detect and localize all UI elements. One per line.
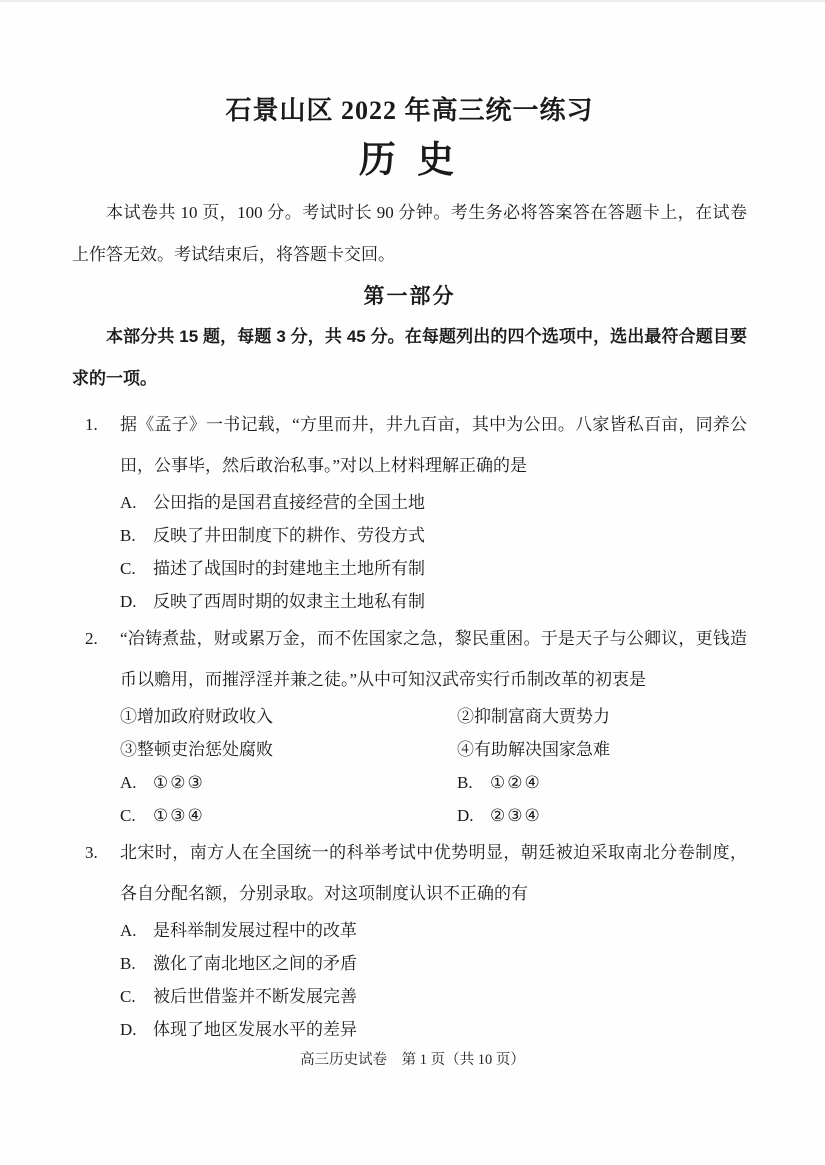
exam-instructions: 本试卷共 10 页，100 分。考试时长 90 分钟。考生务必将答案答在答题卡上…	[72, 192, 747, 276]
question-2-option-a: A.①②③	[120, 766, 457, 799]
option-text: 公田指的是国君直接经营的全国土地	[153, 493, 425, 512]
question-2-number: 2.	[85, 618, 120, 832]
question-list: 1. 据《孟子》一书记载，“方里而井，井九百亩，其中为公田。八家皆私百亩，同养公…	[72, 404, 747, 1046]
question-1-option-a: A.公田指的是国君直接经营的全国土地	[120, 486, 747, 519]
section-instructions: 本部分共 15 题，每题 3 分，共 45 分。在每题列出的四个选项中，选出最符…	[72, 316, 747, 400]
question-1-option-c: C.描述了战国时的封建地主土地所有制	[120, 552, 747, 585]
question-2-subitem-3: ③整顿吏治惩处腐败	[120, 733, 457, 766]
question-3-option-d: D.体现了地区发展水平的差异	[120, 1013, 747, 1046]
option-label: B.	[120, 947, 153, 980]
option-label: A.	[120, 766, 153, 799]
question-3: 3. 北宋时，南方人在全国统一的科举考试中优势明显，朝廷被迫采取南北分卷制度，各…	[72, 832, 747, 1046]
question-3-options: A.是科举制发展过程中的改革 B.激化了南北地区之间的矛盾 C.被后世借鉴并不断…	[120, 914, 747, 1046]
option-text: ①②③	[153, 773, 205, 792]
section-heading: 第一部分	[72, 282, 747, 312]
doc-title: 石景山区 2022 年高三统一练习	[72, 2, 747, 128]
option-text: 被后世借鉴并不断发展完善	[153, 987, 357, 1006]
option-label: A.	[120, 914, 153, 947]
question-1-option-b: B.反映了井田制度下的耕作、劳役方式	[120, 519, 747, 552]
option-label: D.	[120, 585, 153, 618]
question-2-subitem-1: ①增加政府财政收入	[120, 700, 457, 733]
question-1-number: 1.	[85, 404, 120, 618]
question-1-option-d: D.反映了西周时期的奴隶主土地私有制	[120, 585, 747, 618]
doc-subject: 历 史	[72, 138, 747, 184]
option-text: 反映了西周时期的奴隶主土地私有制	[153, 592, 425, 611]
question-1-stem: 据《孟子》一书记载，“方里而井，井九百亩，其中为公田。八家皆私百亩，同养公田，公…	[120, 404, 747, 486]
option-label: B.	[457, 766, 490, 799]
page-footer: 高三历史试卷 第 1 页（共 10 页）	[0, 1048, 825, 1069]
option-text: 是科举制发展过程中的改革	[153, 921, 357, 940]
question-1-options: A.公田指的是国君直接经营的全国土地 B.反映了井田制度下的耕作、劳役方式 C.…	[120, 486, 747, 618]
question-2-stem: “冶铸煮盐，财或累万金，而不佐国家之急，黎民重困。于是天子与公卿议，更钱造币以赡…	[120, 618, 747, 700]
option-text: 描述了战国时的封建地主土地所有制	[153, 559, 425, 578]
question-3-number: 3.	[85, 832, 120, 1046]
option-text: ①③④	[153, 806, 205, 825]
question-3-option-b: B.激化了南北地区之间的矛盾	[120, 947, 747, 980]
question-3-option-a: A.是科举制发展过程中的改革	[120, 914, 747, 947]
question-2-subitem-2: ②抑制富商大贾势力	[457, 700, 747, 733]
option-text: ①②④	[490, 773, 542, 792]
option-label: D.	[457, 799, 490, 832]
option-label: D.	[120, 1013, 153, 1046]
option-label: C.	[120, 552, 153, 585]
option-text: 反映了井田制度下的耕作、劳役方式	[153, 526, 425, 545]
option-text: 激化了南北地区之间的矛盾	[153, 954, 357, 973]
question-1: 1. 据《孟子》一书记载，“方里而井，井九百亩，其中为公田。八家皆私百亩，同养公…	[72, 404, 747, 618]
option-text: ②③④	[490, 806, 542, 825]
question-2: 2. “冶铸煮盐，财或累万金，而不佐国家之急，黎民重困。于是天子与公卿议，更钱造…	[72, 618, 747, 832]
option-text: 体现了地区发展水平的差异	[153, 1020, 357, 1039]
question-2-option-b: B.①②④	[457, 766, 747, 799]
option-label: C.	[120, 980, 153, 1013]
question-2-options: A.①②③ B.①②④ C.①③④ D.②③④	[120, 766, 747, 832]
exam-page: 石景山区 2022 年高三统一练习 历 史 本试卷共 10 页，100 分。考试…	[0, 0, 825, 1165]
question-2-subitem-4: ④有助解决国家急难	[457, 733, 747, 766]
option-label: B.	[120, 519, 153, 552]
question-2-option-c: C.①③④	[120, 799, 457, 832]
question-3-option-c: C.被后世借鉴并不断发展完善	[120, 980, 747, 1013]
question-2-subitems: ①增加政府财政收入 ②抑制富商大贾势力 ③整顿吏治惩处腐败 ④有助解决国家急难	[120, 700, 747, 766]
option-label: A.	[120, 486, 153, 519]
option-label: C.	[120, 799, 153, 832]
question-2-option-d: D.②③④	[457, 799, 747, 832]
question-3-stem: 北宋时，南方人在全国统一的科举考试中优势明显，朝廷被迫采取南北分卷制度，各自分配…	[120, 832, 747, 914]
